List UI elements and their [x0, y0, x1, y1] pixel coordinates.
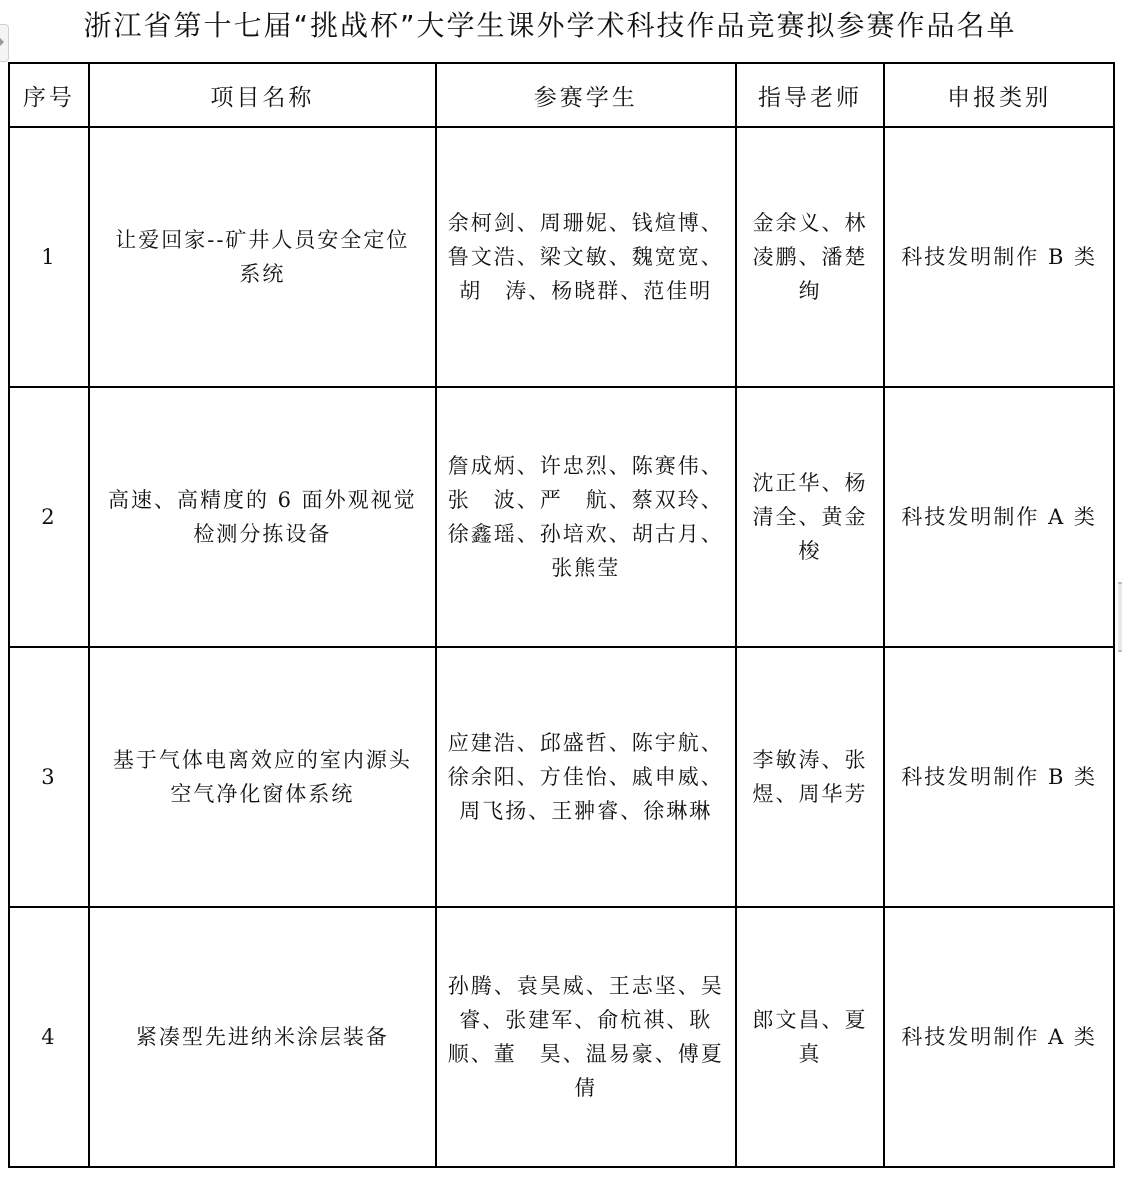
table-row: 4 紧凑型先进纳米涂层装备 孙腾、袁昊威、王志坚、吴 睿、张建军、俞杭祺、耿 顺… [9, 907, 1114, 1167]
cell-project: 紧凑型先进纳米涂层装备 [89, 907, 436, 1167]
cell-students: 孙腾、袁昊威、王志坚、吴 睿、张建军、俞杭祺、耿 顺、董 昊、温易豪、傅夏倩 [436, 907, 736, 1167]
cell-project: 基于气体电离效应的室内源头空气净化窗体系统 [89, 647, 436, 907]
header-project: 项目名称 [89, 63, 436, 127]
cell-students: 应建浩、邱盛哲、陈宇航、徐余阳、方佳怡、戚申威、周飞扬、王翀睿、徐琳琳 [436, 647, 736, 907]
cell-no: 4 [9, 907, 89, 1167]
document-title: 浙江省第十七届“挑战杯”大学生课外学术科技作品竞赛拟参赛作品名单 [0, 6, 1100, 46]
cell-teachers: 金余义、林凌鹏、潘楚绚 [736, 127, 885, 387]
table-header-row: 序号 项目名称 参赛学生 指导老师 申报类别 [9, 63, 1114, 127]
cell-category: 科技发明制作 A 类 [884, 387, 1114, 647]
cell-teachers: 李敏涛、张煜、周华芳 [736, 647, 885, 907]
table-row: 1 让爱回家--矿井人员安全定位系统 余柯剑、周珊妮、钱煊博、鲁文浩、梁文敏、魏… [9, 127, 1114, 387]
cell-no: 3 [9, 647, 89, 907]
header-category: 申报类别 [884, 63, 1114, 127]
cell-teachers: 郎文昌、夏真 [736, 907, 885, 1167]
right-scroll-handle[interactable] [1118, 582, 1122, 652]
cell-project: 高速、高精度的 6 面外观视觉检测分拣设备 [89, 387, 436, 647]
cell-category: 科技发明制作 B 类 [884, 127, 1114, 387]
cell-students: 余柯剑、周珊妮、钱煊博、鲁文浩、梁文敏、魏宽宽、胡 涛、杨晓群、范佳明 [436, 127, 736, 387]
cell-no: 1 [9, 127, 89, 387]
cell-category: 科技发明制作 A 类 [884, 907, 1114, 1167]
cell-teachers: 沈正华、杨清全、黄金梭 [736, 387, 885, 647]
cell-no: 2 [9, 387, 89, 647]
cell-category: 科技发明制作 B 类 [884, 647, 1114, 907]
header-no: 序号 [9, 63, 89, 127]
cell-project: 让爱回家--矿井人员安全定位系统 [89, 127, 436, 387]
table-row: 3 基于气体电离效应的室内源头空气净化窗体系统 应建浩、邱盛哲、陈宇航、徐余阳、… [9, 647, 1114, 907]
cell-students: 詹成炳、许忠烈、陈赛伟、张 波、严 航、蔡双玲、徐鑫瑶、孙培欢、胡古月、张熊莹 [436, 387, 736, 647]
entry-list-table: 序号 项目名称 参赛学生 指导老师 申报类别 1 让爱回家--矿井人员安全定位系… [8, 62, 1115, 1168]
table-row: 2 高速、高精度的 6 面外观视觉检测分拣设备 詹成炳、许忠烈、陈赛伟、张 波、… [9, 387, 1114, 647]
header-teachers: 指导老师 [736, 63, 885, 127]
header-students: 参赛学生 [436, 63, 736, 127]
